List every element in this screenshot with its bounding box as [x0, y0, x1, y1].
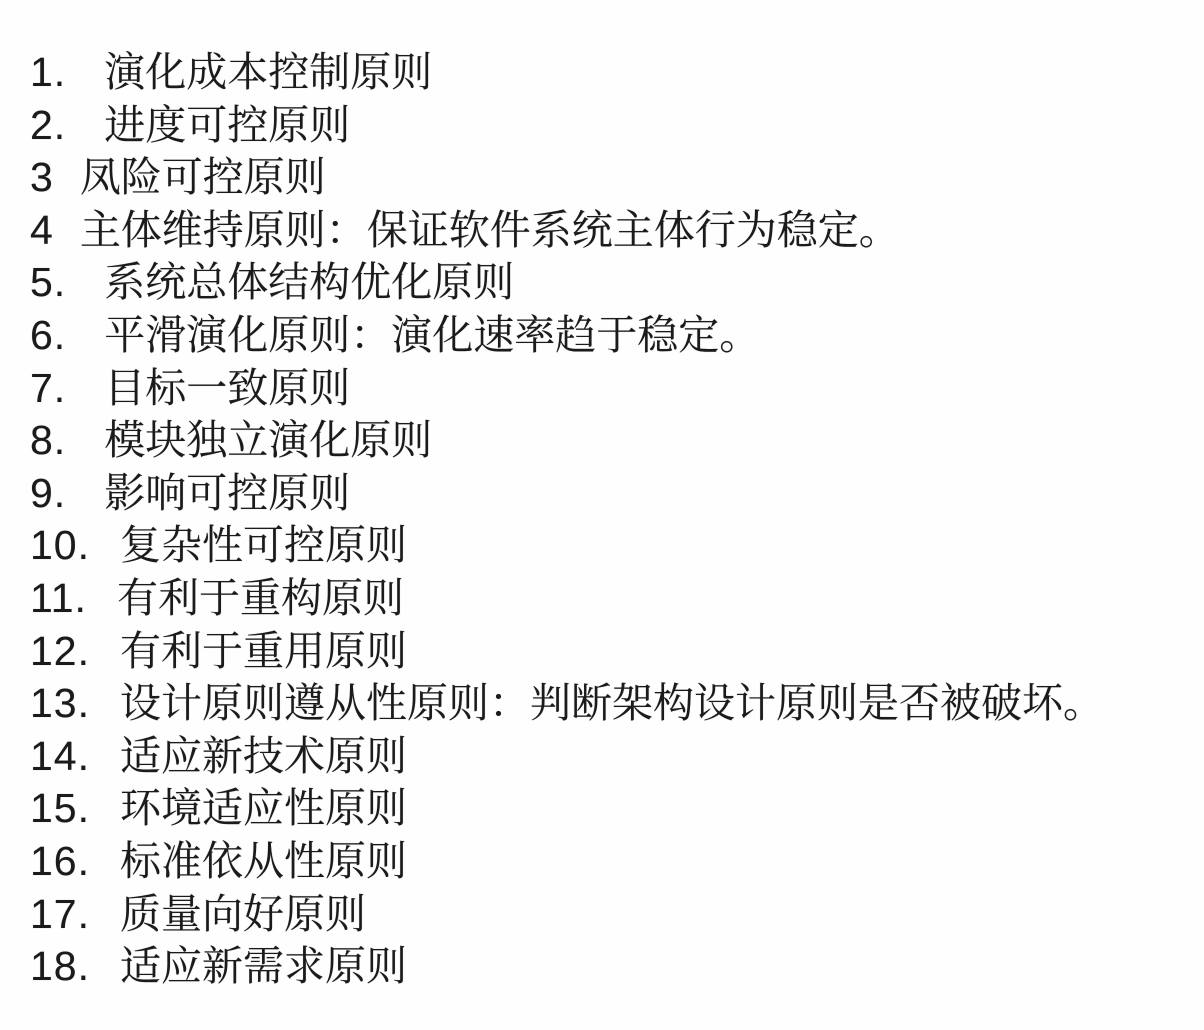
list-item: 12. 有利于重用原则: [30, 625, 1184, 678]
item-number: 11.: [30, 572, 87, 625]
item-text: 复杂性可控原则: [120, 519, 407, 572]
item-text: 目标一致原则: [104, 362, 350, 415]
item-number: 1.: [30, 46, 66, 99]
list-item: 11. 有利于重构原则: [30, 572, 1184, 625]
list-item: 8. 模块独立演化原则: [30, 414, 1184, 467]
item-number: 10.: [30, 519, 90, 572]
item-number: 13.: [30, 677, 90, 730]
item-number: 8.: [30, 414, 66, 467]
item-text: 影响可控原则: [104, 467, 350, 520]
list-item: 1. 演化成本控制原则: [30, 46, 1184, 99]
list-item: 3 凤险可控原则: [30, 151, 1184, 204]
item-text: 有利于重构原则: [117, 572, 404, 625]
item-number: 14.: [30, 730, 90, 783]
item-text: 质量向好原则: [120, 888, 366, 941]
item-number: 16.: [30, 835, 90, 888]
list-item: 13. 设计原则遵从性原则：判断架构设计原则是否被破坏。: [30, 677, 1184, 730]
item-text: 进度可控原则: [104, 99, 350, 152]
item-number: 2.: [30, 99, 66, 152]
list-item: 7. 目标一致原则: [30, 362, 1184, 415]
item-number: 6.: [30, 309, 66, 362]
document-page: 1. 演化成本控制原则 2. 进度可控原则 3 凤险可控原则 4 主体维持原则：…: [0, 0, 1204, 1030]
item-number: 15.: [30, 782, 90, 835]
item-text: 适应新技术原则: [120, 730, 407, 783]
item-text: 凤险可控原则: [80, 151, 326, 204]
item-text: 主体维持原则：保证软件系统主体行为稳定。: [80, 204, 900, 257]
item-text: 模块独立演化原则: [104, 414, 432, 467]
item-text: 适应新需求原则: [120, 940, 407, 993]
item-number: 3: [30, 151, 54, 204]
principles-list: 1. 演化成本控制原则 2. 进度可控原则 3 凤险可控原则 4 主体维持原则：…: [30, 46, 1184, 993]
list-item: 17. 质量向好原则: [30, 888, 1184, 941]
list-item: 4 主体维持原则：保证软件系统主体行为稳定。: [30, 204, 1184, 257]
item-text: 有利于重用原则: [120, 625, 407, 678]
item-number: 4: [30, 204, 54, 257]
item-text: 系统总体结构优化原则: [104, 256, 514, 309]
item-number: 9.: [30, 467, 66, 520]
list-item: 6. 平滑演化原则：演化速率趋于稳定。: [30, 309, 1184, 362]
list-item: 16. 标准依从性原则: [30, 835, 1184, 888]
list-item: 9. 影响可控原则: [30, 467, 1184, 520]
list-item: 2. 进度可控原则: [30, 99, 1184, 152]
item-text: 设计原则遵从性原则：判断架构设计原则是否被破坏。: [120, 677, 1104, 730]
item-number: 18.: [30, 940, 90, 993]
list-item: 18. 适应新需求原则: [30, 940, 1184, 993]
item-text: 标准依从性原则: [120, 835, 407, 888]
list-item: 15. 环境适应性原则: [30, 782, 1184, 835]
item-text: 演化成本控制原则: [104, 46, 432, 99]
item-text: 平滑演化原则：演化速率趋于稳定。: [104, 309, 760, 362]
item-number: 7.: [30, 362, 66, 415]
item-text: 环境适应性原则: [120, 782, 407, 835]
item-number: 5.: [30, 256, 66, 309]
list-item: 14. 适应新技术原则: [30, 730, 1184, 783]
list-item: 10. 复杂性可控原则: [30, 519, 1184, 572]
list-item: 5. 系统总体结构优化原则: [30, 256, 1184, 309]
item-number: 17.: [30, 888, 90, 941]
item-number: 12.: [30, 625, 90, 678]
